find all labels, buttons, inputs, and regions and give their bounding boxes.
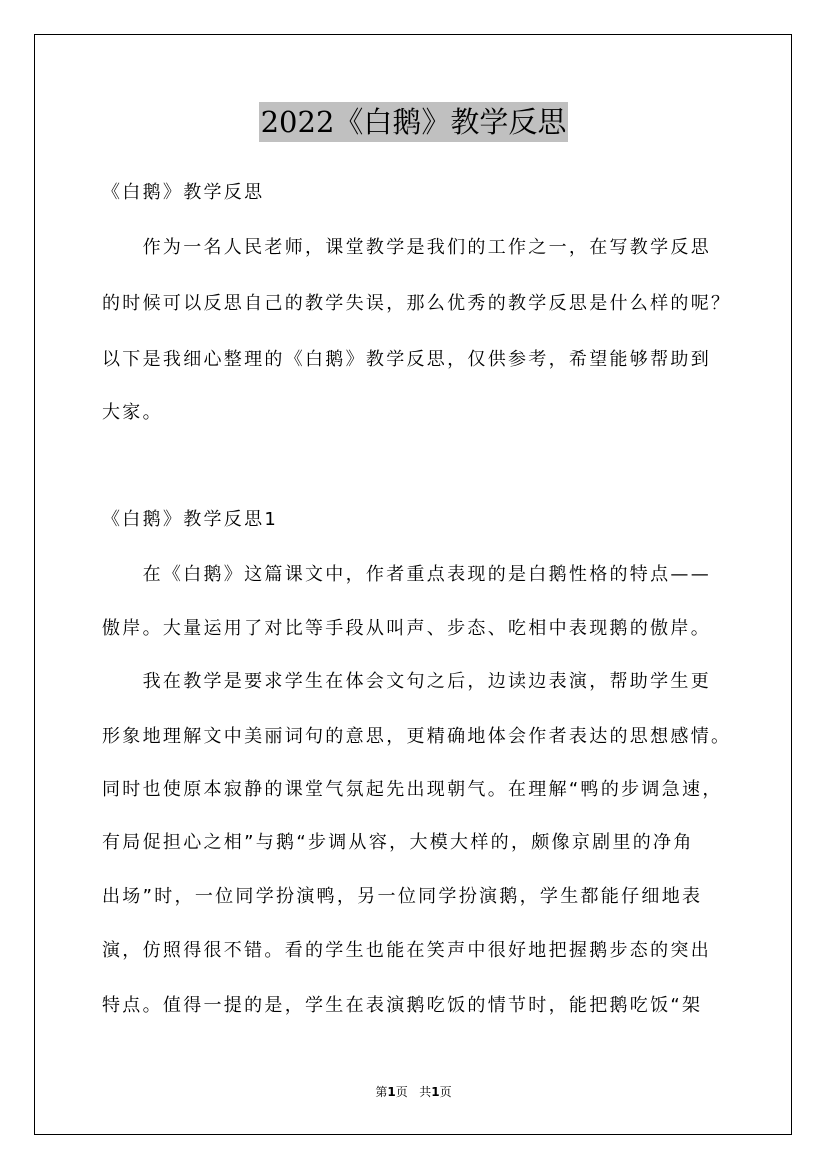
page-footer: 第1页 共1页 [0,1083,827,1100]
text-line: 作为一名人民老师，课堂教学是我们的工作之一，在写教学反思 [102,236,742,260]
page-unit: 页 [396,1085,408,1099]
page-prefix: 第 [375,1085,387,1099]
text-line: 特点。值得一提的是，学生在表演鹅吃饭的情节时，能把鹅吃饭“架 [102,994,742,1018]
text-line: 傲岸。大量运用了对比等手段从叫声、步态、吃相中表现鹅的傲岸。 [102,617,742,641]
text-line: 的时候可以反思自己的教学失误，那么优秀的教学反思是什么样的呢？ [102,292,742,316]
total-prefix: 共 [419,1085,431,1099]
text-line: 同时也使原本寂静的课堂气氛起先出现朝气。在理解“鸭的步调急速， [102,778,742,802]
document-title: 2022《白鹅》教学反思 [259,102,569,142]
text-line: 以下是我细心整理的《白鹅》教学反思，仅供参考，希望能够帮助到 [102,348,742,372]
text-line: 形象地理解文中美丽词句的意思，更精确地体会作者表达的思想感情。 [102,725,742,749]
page-current: 1 [387,1085,395,1099]
text-line: 《白鹅》教学反思 [102,181,742,205]
text-line: 大家。 [102,401,742,425]
text-line: 我在教学是要求学生在体会文句之后，边读边表演，帮助学生更 [102,670,742,694]
text-line: 出场”时，一位同学扮演鸭，另一位同学扮演鹅，学生都能仔细地表 [102,885,742,909]
text-line: 《白鹅》教学反思1 [102,508,742,532]
total-unit: 页 [440,1085,452,1099]
text-line: 有局促担心之相”与鹅“步调从容，大模大样的，颇像京剧里的净角 [102,831,742,855]
title-container: 2022《白鹅》教学反思 [0,102,827,142]
text-line: 演，仿照得很不错。看的学生也能在笑声中很好地把握鹅步态的突出 [102,939,742,963]
text-line: 在《白鹅》这篇课文中，作者重点表现的是白鹅性格的特点—— [102,563,742,587]
page-total: 1 [431,1085,439,1099]
